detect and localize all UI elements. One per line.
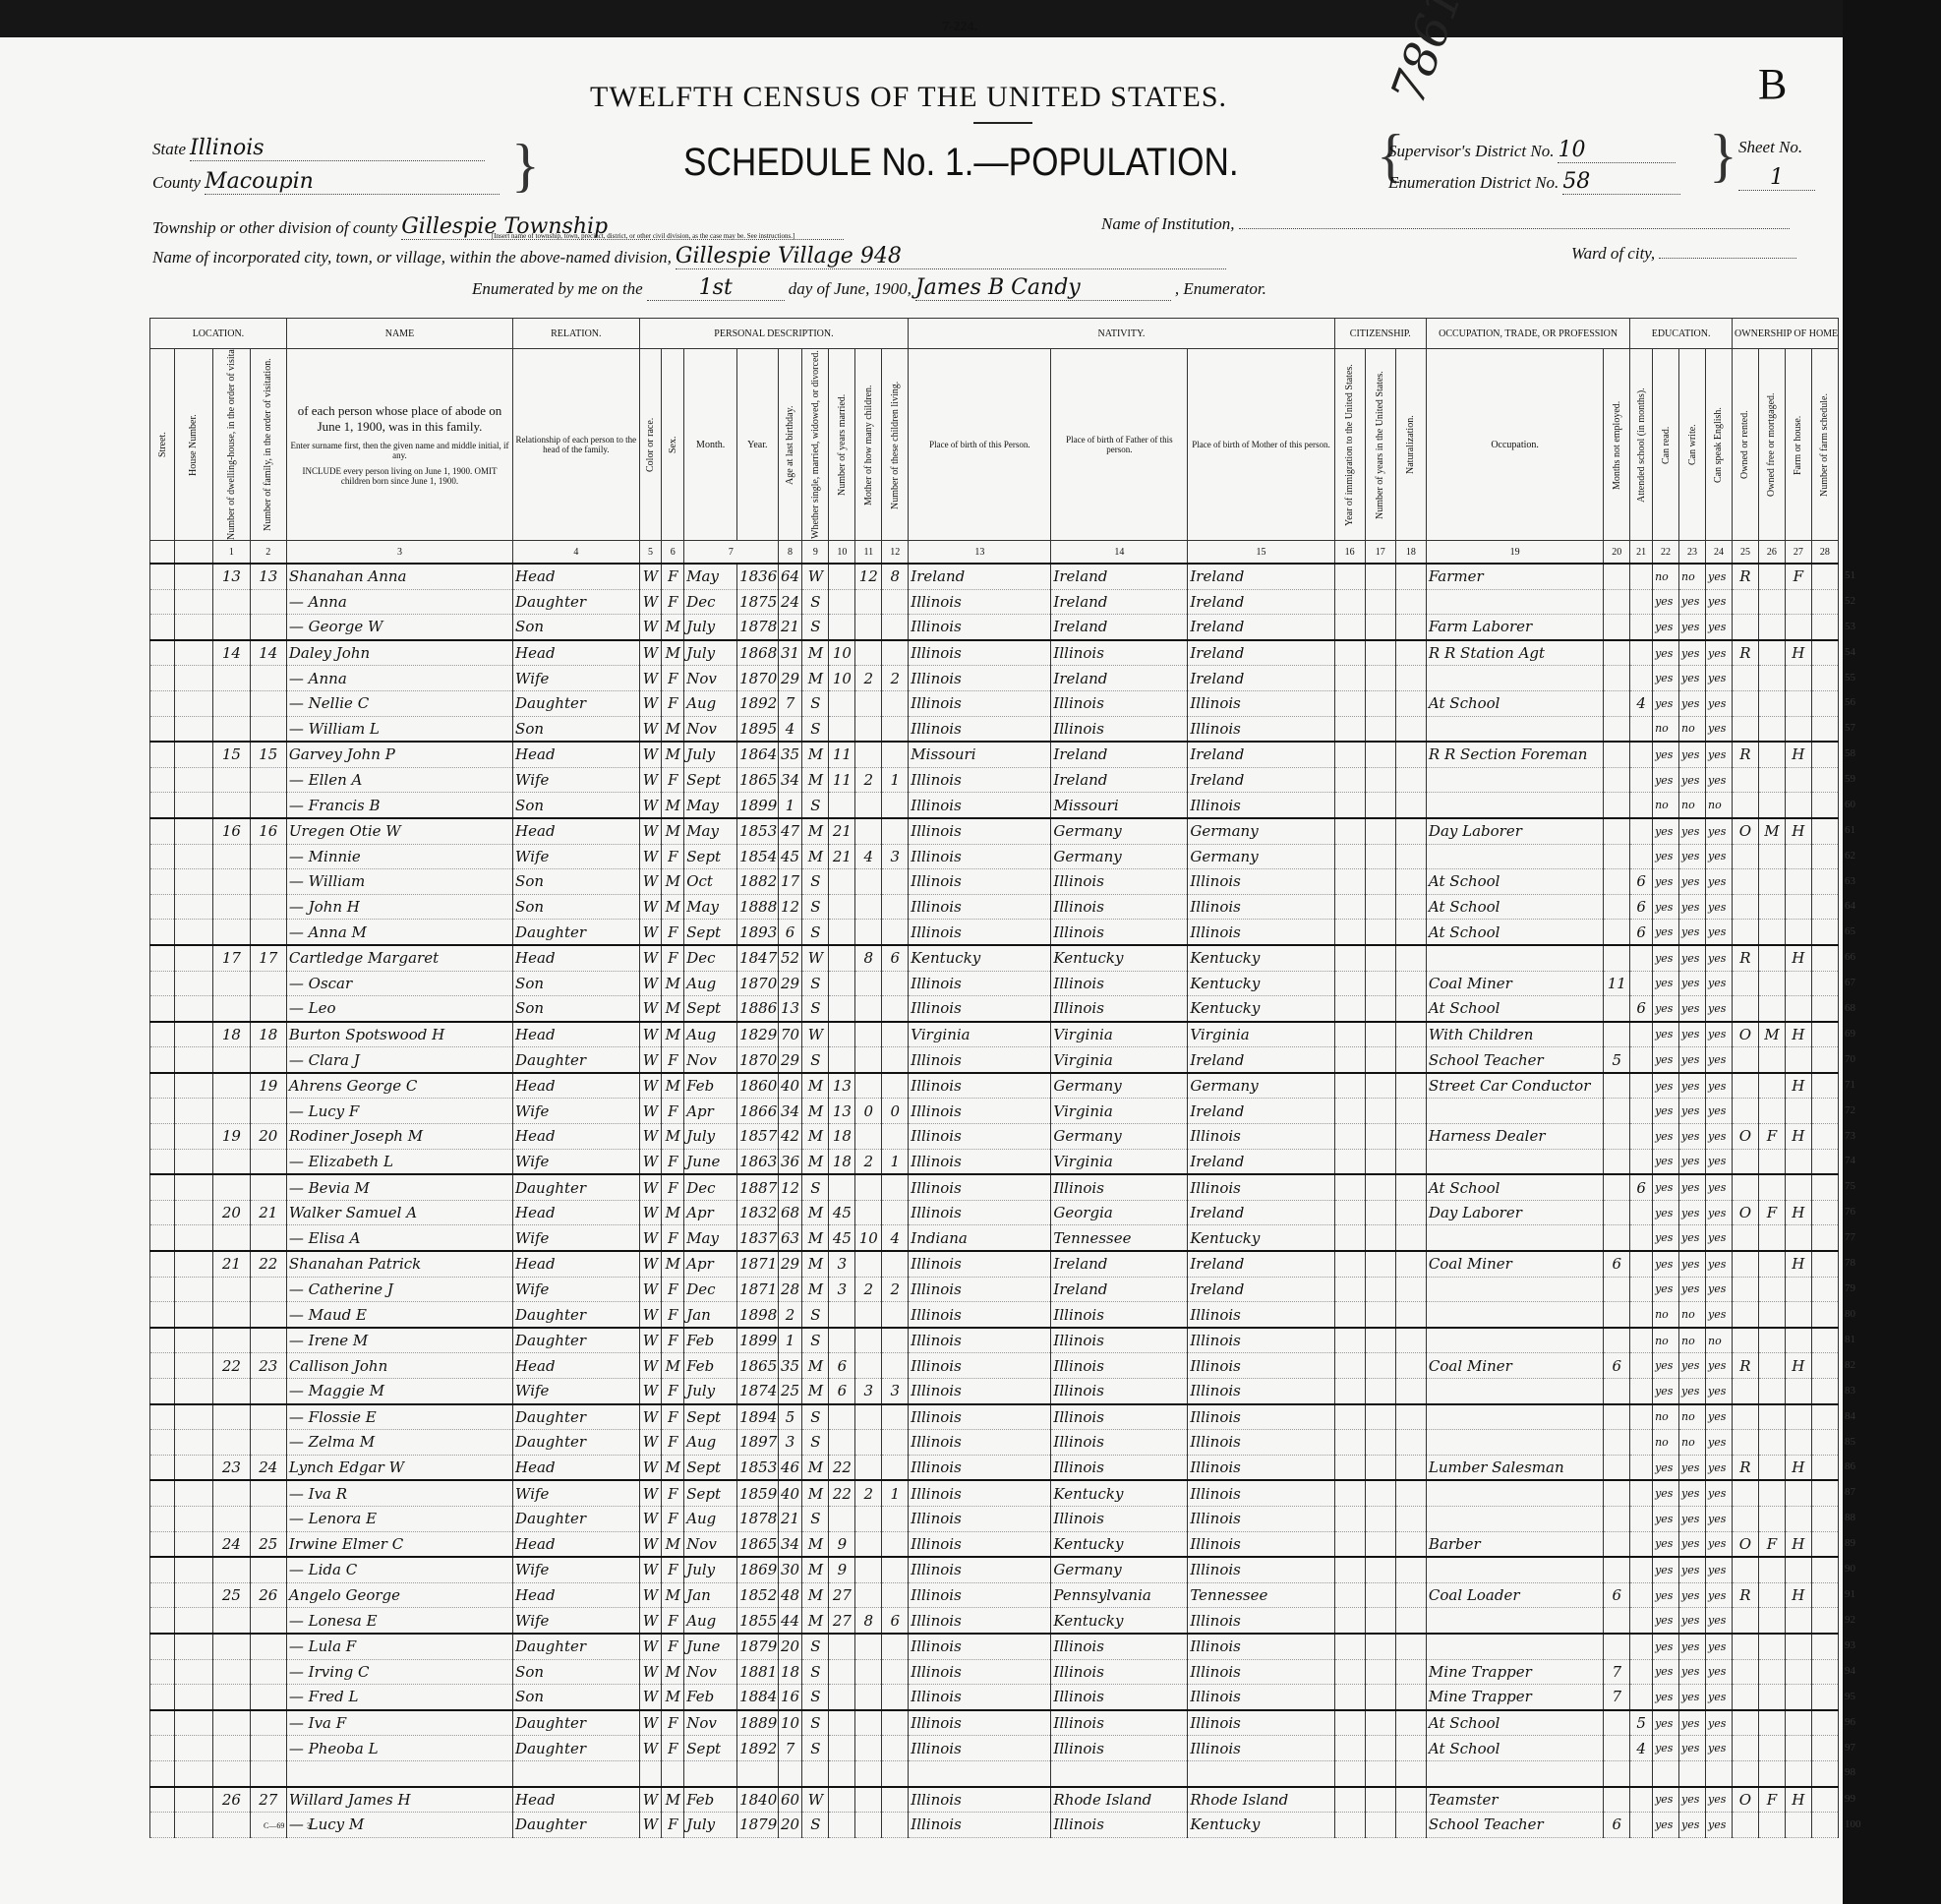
attended-school [1630, 589, 1653, 615]
years-married [829, 1328, 855, 1353]
farm-house: H [1785, 818, 1811, 844]
birth-month: Aug [684, 971, 737, 996]
birth-year: 1832 [737, 1200, 778, 1225]
sex: M [662, 996, 684, 1022]
birth-month: Sept [684, 1736, 737, 1761]
owned-rented [1732, 1813, 1758, 1838]
line-number: 75 [1845, 1180, 1855, 1192]
empty-cell [1811, 767, 1838, 793]
birth-year: 1894 [737, 1404, 778, 1430]
birthplace-mother: Illinois [1188, 690, 1334, 716]
attended-school: 6 [1630, 920, 1653, 945]
color-race: W [639, 1455, 662, 1480]
months-unemployed [1604, 1149, 1630, 1174]
can-write [1679, 1760, 1706, 1786]
children-living [882, 1582, 909, 1608]
relation: Wife [513, 1379, 640, 1404]
birthplace-father: Illinois [1051, 1659, 1188, 1685]
owned-rented: O [1732, 1022, 1758, 1047]
attended-school: 4 [1630, 1736, 1653, 1761]
dwelling-number [213, 615, 250, 640]
empty-cell [1811, 640, 1838, 666]
mother-of-children: 2 [855, 1480, 882, 1506]
mother-of-children: 2 [855, 1277, 882, 1302]
table-row: — George WSonWMJuly187821SIllinoisIrelan… [150, 615, 1839, 640]
can-read: yes [1653, 1813, 1679, 1838]
color-race: W [639, 996, 662, 1022]
owned-rented [1732, 894, 1758, 920]
mother-of-children [855, 1200, 882, 1225]
can-speak-english: yes [1705, 1480, 1732, 1506]
color-race: W [639, 945, 662, 971]
header-ownership: OWNERSHIP OF HOME. [1732, 319, 1838, 349]
dwelling-number [213, 1073, 250, 1099]
empty-cell [150, 1302, 175, 1328]
table-row: — Lucy FWifeWFApr186634M1300IllinoisVirg… [150, 1099, 1839, 1124]
years-married: 27 [829, 1608, 855, 1634]
empty-cell [150, 945, 175, 971]
months-unemployed [1604, 793, 1630, 818]
age: 34 [778, 1531, 802, 1557]
months-unemployed [1604, 1506, 1630, 1531]
owned-rented [1732, 716, 1758, 742]
person-name: Cartledge Margaret [286, 945, 512, 971]
line-number: 80 [1845, 1308, 1855, 1320]
farm-house [1785, 767, 1811, 793]
months-unemployed [1604, 945, 1630, 971]
can-write: yes [1679, 1379, 1706, 1404]
free-mortgaged [1758, 1047, 1785, 1073]
sex: F [662, 1608, 684, 1634]
empty-cell [150, 1149, 175, 1174]
mother-of-children: 2 [855, 1149, 882, 1174]
age: 10 [778, 1710, 802, 1736]
relation: Head [513, 1022, 640, 1047]
birth-year: 1859 [737, 1480, 778, 1506]
marital-status [802, 1760, 829, 1786]
relation: Head [513, 1353, 640, 1379]
color-race: W [639, 1174, 662, 1200]
owned-rented [1732, 1430, 1758, 1456]
sex: M [662, 1531, 684, 1557]
dwelling-number [213, 1760, 250, 1786]
birth-month: Feb [684, 1328, 737, 1353]
can-write: yes [1679, 1608, 1706, 1634]
family-number [250, 1710, 286, 1736]
can-read: no [1653, 716, 1679, 742]
owned-rented [1732, 767, 1758, 793]
person-name: — Ellen A [286, 767, 512, 793]
empty-cell [150, 1251, 175, 1277]
sex: M [662, 1353, 684, 1379]
months-unemployed [1604, 1277, 1630, 1302]
sex: F [662, 920, 684, 945]
can-speak-english: yes [1705, 971, 1732, 996]
attended-school [1630, 1455, 1653, 1480]
can-read: yes [1653, 1608, 1679, 1634]
years-married: 18 [829, 1149, 855, 1174]
can-write: yes [1679, 1710, 1706, 1736]
empty-cell [1811, 1047, 1838, 1073]
occupation [1426, 589, 1603, 615]
attended-school [1630, 1302, 1653, 1328]
empty-cell [1365, 1685, 1395, 1710]
age: 34 [778, 767, 802, 793]
birthplace-person: Illinois [909, 1557, 1051, 1582]
years-married: 21 [829, 844, 855, 869]
mother-of-children: 0 [855, 1099, 882, 1124]
sex: F [662, 1430, 684, 1456]
can-write: yes [1679, 818, 1706, 844]
empty-cell [1811, 1557, 1838, 1582]
enumerated-label: Enumerated by me on the [472, 279, 643, 298]
birthplace-father: Ireland [1051, 1251, 1188, 1277]
empty-cell [1395, 1634, 1426, 1659]
institution-value [1239, 228, 1790, 229]
person-name: Lynch Edgar W [286, 1455, 512, 1480]
years-married [829, 793, 855, 818]
birth-year: 1836 [737, 564, 778, 589]
birthplace-person: Illinois [909, 1813, 1051, 1838]
age: 17 [778, 869, 802, 895]
can-speak-english: yes [1705, 615, 1732, 640]
empty-cell [150, 1685, 175, 1710]
empty-cell [150, 869, 175, 895]
farm-house [1785, 1328, 1811, 1353]
dwelling-number: 18 [213, 1022, 250, 1047]
color-race: W [639, 640, 662, 666]
sex: F [662, 1404, 684, 1430]
empty-cell [1365, 1149, 1395, 1174]
relation: Son [513, 971, 640, 996]
empty-cell [174, 1149, 212, 1174]
age: 60 [778, 1787, 802, 1813]
years-married [829, 589, 855, 615]
birthplace-father: Virginia [1051, 1047, 1188, 1073]
empty-cell [150, 793, 175, 818]
children-living [882, 1813, 909, 1838]
empty-cell [174, 920, 212, 945]
free-mortgaged [1758, 1813, 1785, 1838]
birthplace-father: Missouri [1051, 793, 1188, 818]
birthplace-mother: Germany [1188, 844, 1334, 869]
relation: Wife [513, 1480, 640, 1506]
months-unemployed [1604, 818, 1630, 844]
birthplace-mother: Illinois [1188, 1379, 1334, 1404]
family-number [250, 589, 286, 615]
col-year: Year. [737, 349, 778, 541]
empty-cell [1365, 1710, 1395, 1736]
empty-cell [1365, 1073, 1395, 1099]
relation: Son [513, 615, 640, 640]
marital-status: M [802, 1251, 829, 1277]
can-write: yes [1679, 1787, 1706, 1813]
attended-school [1630, 1124, 1653, 1150]
birth-year: 1840 [737, 1787, 778, 1813]
birthplace-person: Illinois [909, 1124, 1051, 1150]
line-number: 52 [1845, 595, 1855, 607]
months-unemployed [1604, 564, 1630, 589]
birthplace-mother: Tennessee [1188, 1582, 1334, 1608]
empty-cell [1395, 1506, 1426, 1531]
relation: Head [513, 742, 640, 767]
can-read: yes [1653, 1582, 1679, 1608]
person-name: Willard James H [286, 1787, 512, 1813]
empty-cell [174, 716, 212, 742]
dwelling-number: 22 [213, 1353, 250, 1379]
farm-house [1785, 615, 1811, 640]
owned-rented [1732, 589, 1758, 615]
color-race: W [639, 818, 662, 844]
farm-house [1785, 1480, 1811, 1506]
can-read: yes [1653, 1787, 1679, 1813]
birthplace-mother: Illinois [1188, 869, 1334, 895]
empty-cell [1365, 920, 1395, 945]
months-unemployed [1604, 1404, 1630, 1430]
children-living [882, 1557, 909, 1582]
family-number [250, 1608, 286, 1634]
can-read: yes [1653, 996, 1679, 1022]
enumerated-day: 1st [647, 275, 785, 301]
free-mortgaged [1758, 1328, 1785, 1353]
family-number [250, 844, 286, 869]
relation: Head [513, 818, 640, 844]
color-race: W [639, 1787, 662, 1813]
birthplace-father: Illinois [1051, 1379, 1188, 1404]
color-race: W [639, 1073, 662, 1099]
birthplace-father: Illinois [1051, 1710, 1188, 1736]
can-read: yes [1653, 1200, 1679, 1225]
can-write: no [1679, 1404, 1706, 1430]
occupation [1426, 1225, 1603, 1251]
attended-school [1630, 971, 1653, 996]
birthplace-father: Ireland [1051, 615, 1188, 640]
sheet-no-value: 1 [1738, 165, 1815, 191]
free-mortgaged [1758, 971, 1785, 996]
free-mortgaged [1758, 1379, 1785, 1404]
sex: F [662, 1813, 684, 1838]
occupation: Mine Trapper [1426, 1685, 1603, 1710]
line-number: 84 [1845, 1410, 1855, 1422]
attended-school [1630, 1022, 1653, 1047]
can-speak-english: yes [1705, 1736, 1732, 1761]
free-mortgaged [1758, 996, 1785, 1022]
can-write: yes [1679, 1557, 1706, 1582]
empty-cell [1334, 1736, 1365, 1761]
table-row: 1818Burton Spotswood HHeadWMAug182970WVi… [150, 1022, 1839, 1047]
color-race: W [639, 1659, 662, 1685]
marital-status: M [802, 767, 829, 793]
birth-year: 1874 [737, 1379, 778, 1404]
birth-month: Feb [684, 1073, 737, 1099]
can-speak-english: yes [1705, 869, 1732, 895]
dwelling-number [213, 1099, 250, 1124]
empty-cell [1334, 1379, 1365, 1404]
line-number: 66 [1845, 951, 1855, 963]
color-race: W [639, 1634, 662, 1659]
empty-cell [1811, 869, 1838, 895]
empty-cell [1395, 1557, 1426, 1582]
col-sex: Sex. [662, 349, 684, 541]
age: 16 [778, 1685, 802, 1710]
empty-cell [150, 564, 175, 589]
can-speak-english: yes [1705, 690, 1732, 716]
sex: F [662, 945, 684, 971]
line-number: 71 [1845, 1079, 1855, 1091]
family-number [250, 1149, 286, 1174]
can-write: yes [1679, 920, 1706, 945]
owned-rented [1732, 1251, 1758, 1277]
table-row: — Lenora EDaughterWFAug187821SIllinoisIl… [150, 1506, 1839, 1531]
empty-cell [150, 1404, 175, 1430]
birth-year: 1879 [737, 1813, 778, 1838]
col-birth-person: Place of birth of this Person. [909, 349, 1051, 541]
empty-cell [150, 589, 175, 615]
empty-cell [174, 742, 212, 767]
can-speak-english: yes [1705, 1302, 1732, 1328]
mother-of-children [855, 1531, 882, 1557]
dwelling-number [213, 894, 250, 920]
occupation: School Teacher [1426, 1813, 1603, 1838]
can-read: yes [1653, 690, 1679, 716]
empty-cell [1365, 589, 1395, 615]
birth-year: 1898 [737, 1302, 778, 1328]
mother-of-children [855, 1302, 882, 1328]
birth-year: 1871 [737, 1251, 778, 1277]
can-write: yes [1679, 1099, 1706, 1124]
empty-cell [1395, 1124, 1426, 1150]
sex: F [662, 1710, 684, 1736]
col-marital: Whether single, married, widowed, or div… [802, 349, 829, 541]
months-unemployed [1604, 640, 1630, 666]
years-married: 6 [829, 1353, 855, 1379]
empty-cell [1395, 844, 1426, 869]
empty-cell [1365, 742, 1395, 767]
birthplace-person: Illinois [909, 1710, 1051, 1736]
can-speak-english: no [1705, 793, 1732, 818]
empty-cell [174, 589, 212, 615]
children-living [882, 894, 909, 920]
person-name: — Maud E [286, 1302, 512, 1328]
owned-rented [1732, 1379, 1758, 1404]
farm-house [1785, 971, 1811, 996]
free-mortgaged: M [1758, 1022, 1785, 1047]
empty-cell [1811, 1251, 1838, 1277]
occupation: Lumber Salesman [1426, 1455, 1603, 1480]
age: 29 [778, 666, 802, 691]
attended-school: 5 [1630, 1710, 1653, 1736]
column-number: 23 [1679, 541, 1706, 565]
months-unemployed: 6 [1604, 1251, 1630, 1277]
empty-cell [1365, 844, 1395, 869]
can-speak-english: yes [1705, 666, 1732, 691]
enumeration-label: Enumeration District No. [1388, 173, 1559, 192]
color-race: W [639, 1379, 662, 1404]
sex: M [662, 1073, 684, 1099]
farm-house: H [1785, 1073, 1811, 1099]
mother-of-children [855, 1404, 882, 1430]
can-speak-english: yes [1705, 640, 1732, 666]
line-number: 79 [1845, 1282, 1855, 1294]
months-unemployed [1604, 1634, 1630, 1659]
line-number: 61 [1845, 824, 1855, 836]
birth-month: Aug [684, 1022, 737, 1047]
line-number: 62 [1845, 850, 1855, 862]
sex: F [662, 589, 684, 615]
can-read: no [1653, 1302, 1679, 1328]
farm-house: H [1785, 1353, 1811, 1379]
empty-cell [1334, 1634, 1365, 1659]
age: 7 [778, 690, 802, 716]
dwelling-number: 14 [213, 640, 250, 666]
can-read: yes [1653, 1099, 1679, 1124]
empty-cell [174, 1200, 212, 1225]
header-education: EDUCATION. [1630, 319, 1733, 349]
owned-rented [1732, 1480, 1758, 1506]
mother-of-children [855, 1710, 882, 1736]
column-number: 4 [513, 541, 640, 565]
empty-cell [1365, 1634, 1395, 1659]
birth-year: 1865 [737, 767, 778, 793]
col-dwelling: Number of dwelling-house, in the order o… [213, 349, 250, 541]
birth-year: 1899 [737, 1328, 778, 1353]
can-read: yes [1653, 1149, 1679, 1174]
attended-school [1630, 615, 1653, 640]
birth-year: 1870 [737, 1047, 778, 1073]
col-naturalization: Naturalization. [1395, 349, 1426, 541]
can-write: yes [1679, 666, 1706, 691]
sex: F [662, 1149, 684, 1174]
occupation: At School [1426, 869, 1603, 895]
birthplace-father: Tennessee [1051, 1225, 1188, 1251]
line-number: 57 [1845, 722, 1855, 734]
birthplace-person: Kentucky [909, 945, 1051, 971]
years-married: 13 [829, 1099, 855, 1124]
can-read [1653, 1760, 1679, 1786]
attended-school: 6 [1630, 996, 1653, 1022]
months-unemployed [1604, 767, 1630, 793]
person-name: — Pheoba L [286, 1736, 512, 1761]
birthplace-person: Illinois [909, 1455, 1051, 1480]
empty-cell [174, 1736, 212, 1761]
family-number [250, 971, 286, 996]
relation: Wife [513, 1557, 640, 1582]
dwelling-number: 21 [213, 1251, 250, 1277]
dwelling-number [213, 1506, 250, 1531]
column-number: 19 [1426, 541, 1603, 565]
years-married: 9 [829, 1531, 855, 1557]
age: 7 [778, 1736, 802, 1761]
birth-year: 1868 [737, 640, 778, 666]
can-speak-english [1705, 1760, 1732, 1786]
can-write: yes [1679, 1531, 1706, 1557]
empty-cell [150, 844, 175, 869]
table-row: — Zelma MDaughterWFAug18973SIllinoisIlli… [150, 1430, 1839, 1456]
empty-cell [1395, 1225, 1426, 1251]
birth-month: July [684, 640, 737, 666]
years-married [829, 1302, 855, 1328]
years-married [829, 716, 855, 742]
birth-month: June [684, 1149, 737, 1174]
empty-cell [174, 1430, 212, 1456]
empty-cell [1811, 1200, 1838, 1225]
can-read: yes [1653, 666, 1679, 691]
birthplace-father: Pennsylvania [1051, 1582, 1188, 1608]
occupation: School Teacher [1426, 1047, 1603, 1073]
line-number: 95 [1845, 1691, 1855, 1702]
marital-status: M [802, 666, 829, 691]
children-living [882, 1200, 909, 1225]
